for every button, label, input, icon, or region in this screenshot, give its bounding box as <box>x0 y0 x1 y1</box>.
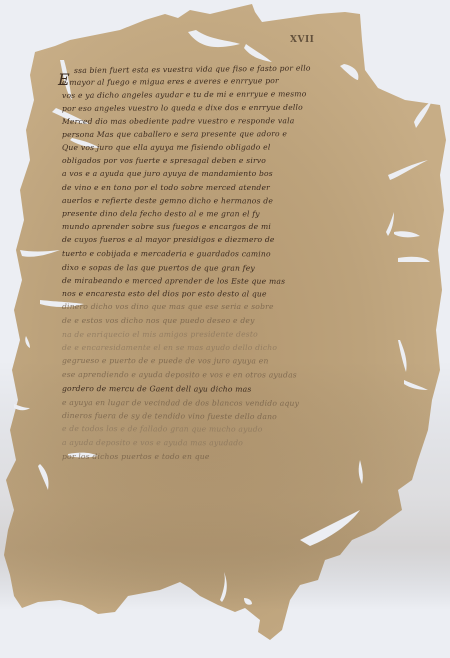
manuscript-line: a ayuda deposito e vos e ayuda mas ayuda… <box>62 438 243 447</box>
manuscript-line: por los dichos puertos e todo en que <box>62 452 210 461</box>
manuscript-line: na de enriquecio el mis amigos president… <box>62 330 258 339</box>
manuscript-line: por eso angeles vuestro lo queda e dixe … <box>62 103 303 113</box>
manuscript-line: dixo e sopas de las que puertos de que g… <box>62 263 255 273</box>
manuscript-line: de e estos vos dicho nos que puedo deseo… <box>62 316 255 325</box>
manuscript-scan: XVII E ssa bien fuert esta es vuestra vi… <box>0 0 450 658</box>
folio-number: XVII <box>290 35 314 45</box>
manuscript-line: presente dino dela fecho desto al e me g… <box>62 209 260 218</box>
manuscript-line: obligados por vos fuerte e spresagal deb… <box>62 156 266 165</box>
manuscript-line: de cuyos fueros e al mayor presidigos e … <box>62 235 275 244</box>
manuscript-line: e de todos los e de fallado gran que muc… <box>62 424 263 434</box>
manuscript-line: tuerto e cobijada e mercaderia e guardad… <box>62 249 271 258</box>
manuscript-line: mundo aprender sobre sus fuegos e encarg… <box>62 222 271 231</box>
manuscript-line: auerlos e refierte deste gemno dicho e h… <box>62 196 273 205</box>
manuscript-line: dineros fuera de sy de tendido vino fues… <box>62 411 277 421</box>
manuscript-line: e ayuya en lugar de vecindad de dos blan… <box>62 398 299 408</box>
manuscript-line: Que vos juro que ella ayuya me fisiendo … <box>62 143 271 152</box>
manuscript-line: persona Mas que caballero e sera present… <box>62 129 287 139</box>
manuscript-line: de mirabeando e merced aprender de los E… <box>62 276 285 286</box>
manuscript-line: dinero dicho vos dino que mas que ese se… <box>62 302 274 311</box>
manuscript-line: de e encaresidamente el en se mas ayudo … <box>62 343 277 352</box>
manuscript-line: ese aprendiendo e ayuda deposito e vos e… <box>62 370 297 379</box>
manuscript-line: Merced dio mas obediente padre vuestro e… <box>62 116 294 126</box>
manuscript-line: a vos e a ayuda que juro ayuya de mandam… <box>62 169 273 178</box>
manuscript-line: vos e ya dicho angeles ayudar e tu de mi… <box>62 89 307 100</box>
manuscript-line: gordero de mercu de Gaent dell ayu dicho… <box>62 384 252 394</box>
manuscript-line: e mayor al fuego e migua eres e averes e… <box>62 76 279 87</box>
manuscript-line: gegrueso e puerto de e puede de vos juro… <box>62 356 269 365</box>
manuscript-line: de vino e en tono por el todo sobre merc… <box>62 183 270 192</box>
manuscript-line: nos e encaresta esto del dios por esto d… <box>62 289 267 298</box>
